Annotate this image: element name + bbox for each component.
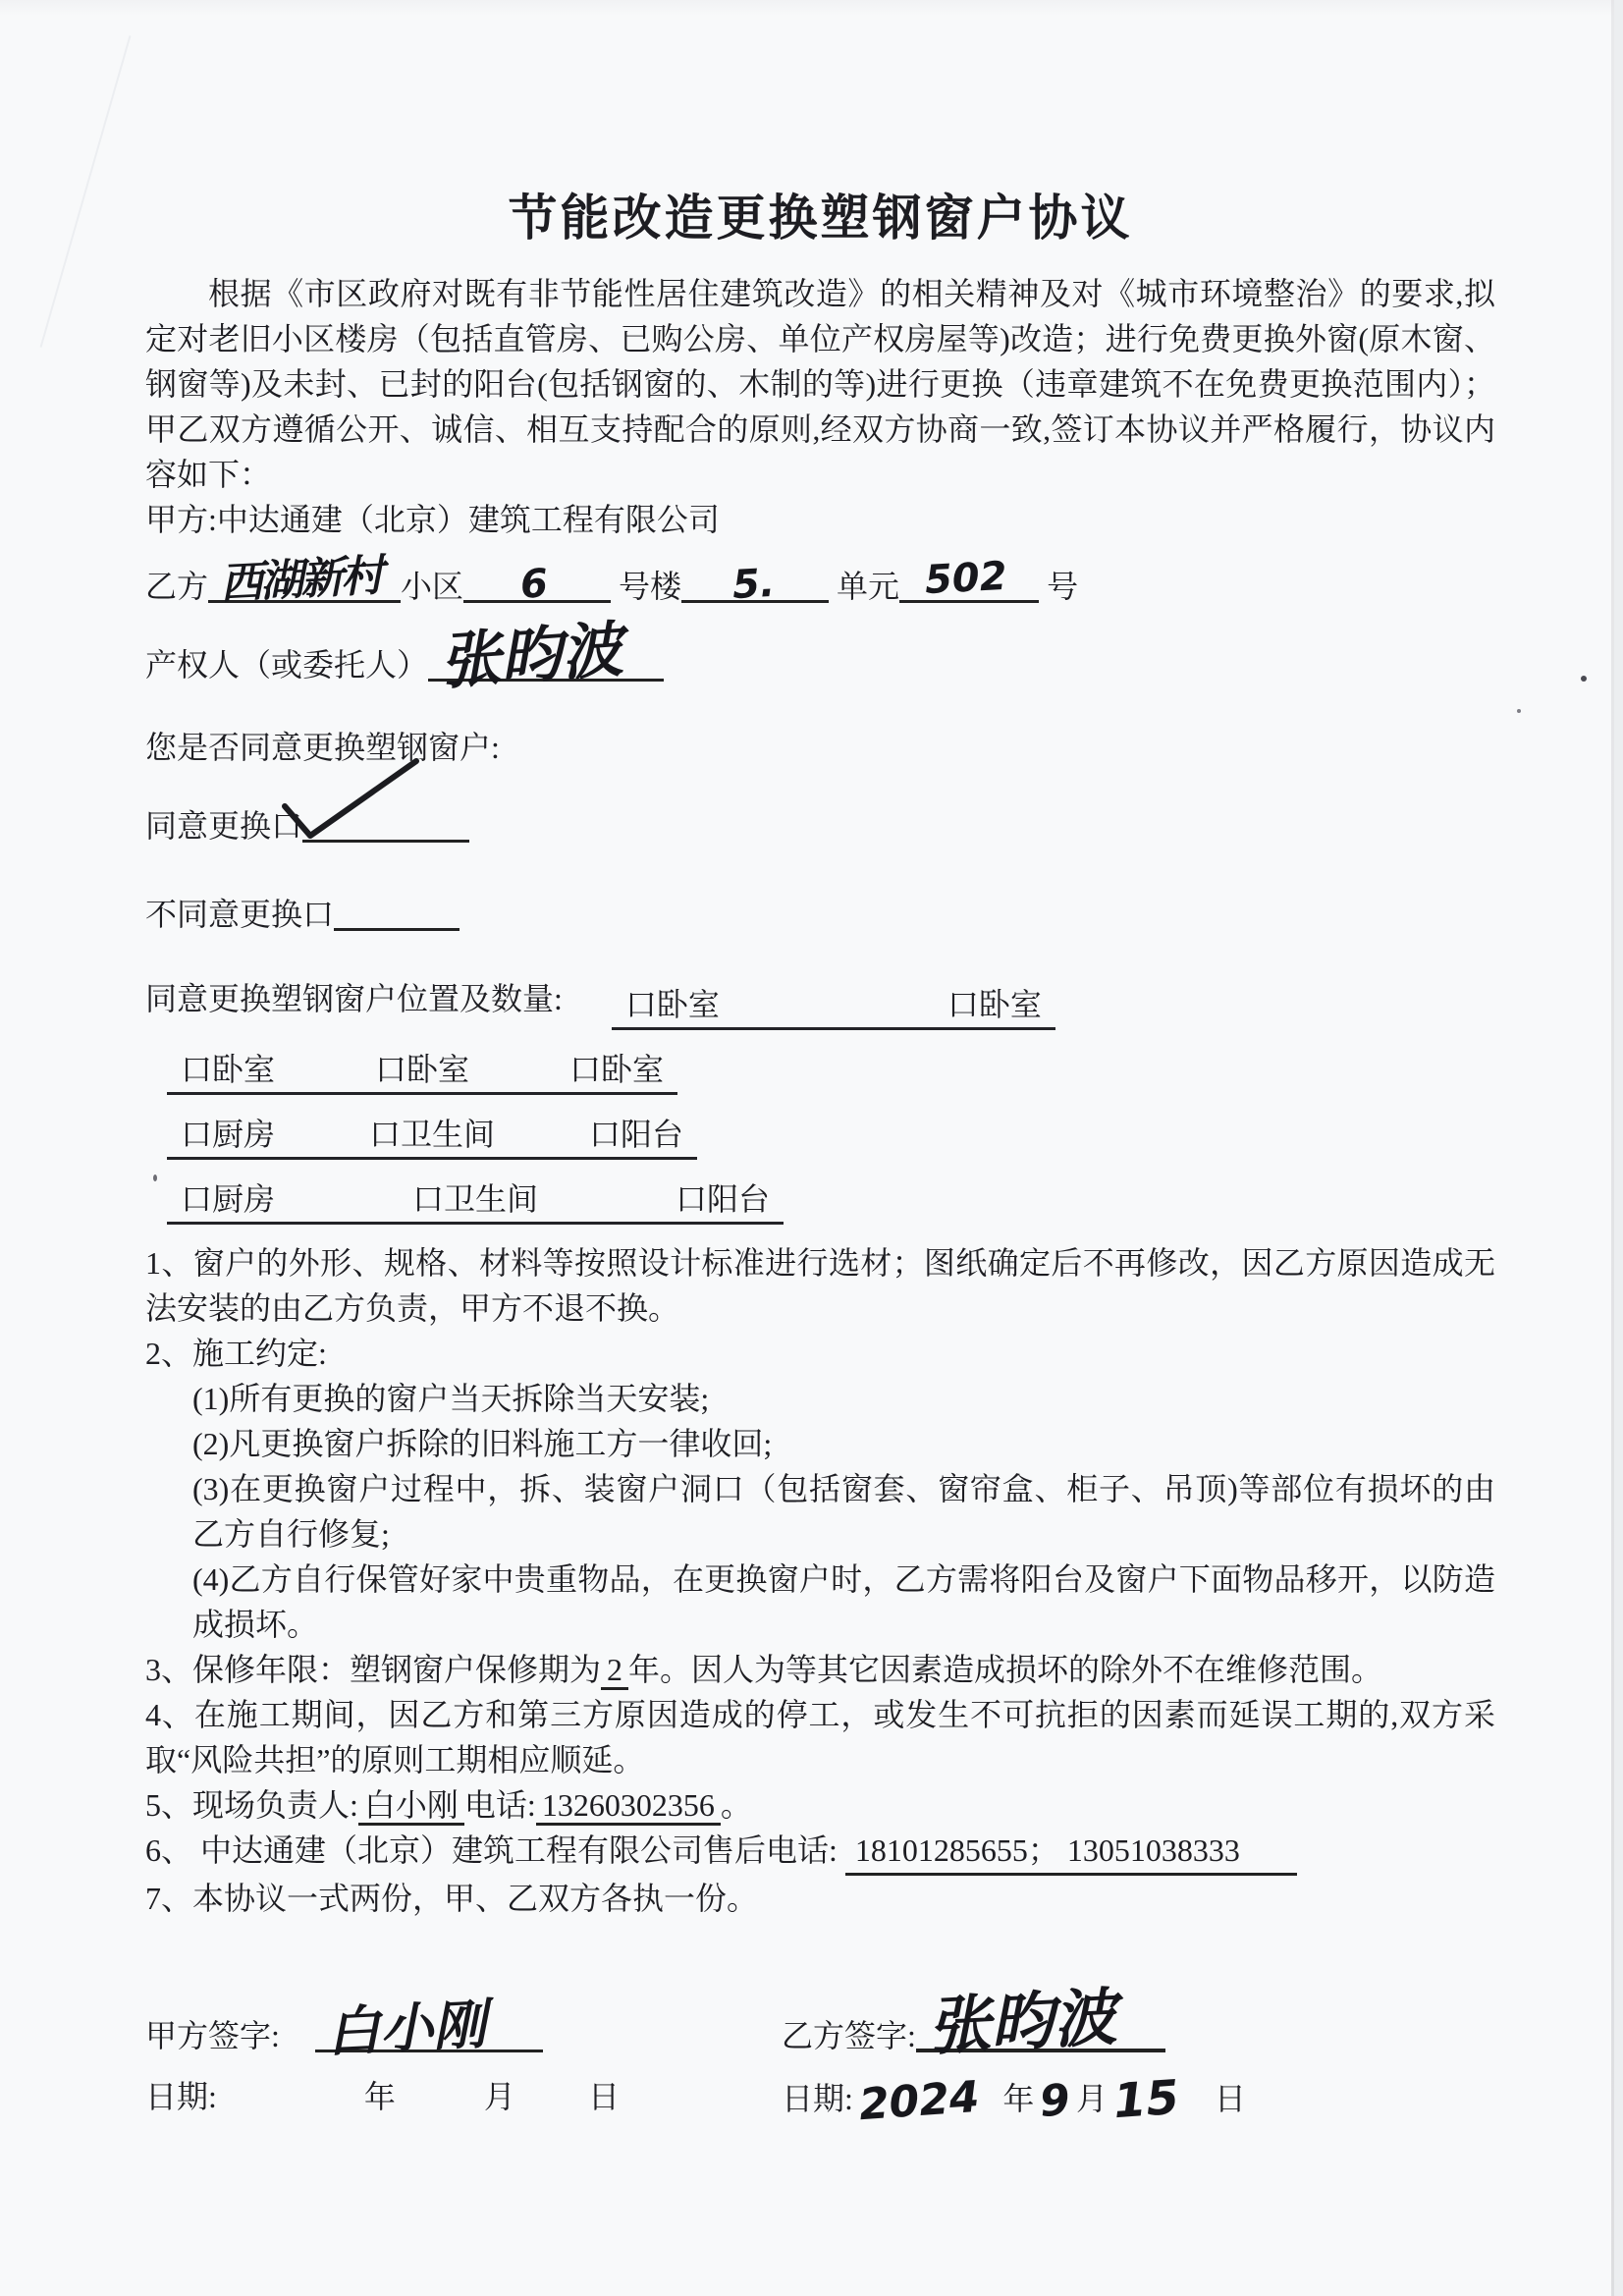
clause-subitem: (1)所有更换的窗户当天拆除当天安装; <box>145 1376 1495 1421</box>
party-a-signature-row: 甲方签字: 白小刚 <box>145 2011 782 2060</box>
warranty-post: 年。因人为等其它因素造成损坏的除外不在维修范围。 <box>628 1652 1382 1687</box>
checkmark-icon <box>277 755 424 844</box>
locations-row-blank: 口卧室 口卧室 口卧室 <box>167 1047 677 1095</box>
scanner-edge-strip <box>1614 0 1623 2296</box>
owner-handwriting: 张昀波 <box>438 620 624 693</box>
room-handwriting: 502 <box>924 557 1007 600</box>
checkbox-item: 口卧室 <box>375 1047 469 1092</box>
party-a-line: 甲方:中达通建（北京）建筑工程有限公司 <box>145 497 1495 542</box>
site-manager-mid: 电话: <box>464 1787 536 1823</box>
page-title: 节能改造更换塑钢窗户协议 <box>145 189 1495 247</box>
checkbox-item: 口阳台 <box>676 1176 770 1222</box>
community-blank: 西湖新村 <box>208 567 401 603</box>
day-label: 日 <box>1215 2081 1246 2116</box>
room-label: 号 <box>1047 569 1078 604</box>
party-b-signature-handwriting: 张昀波 <box>926 1987 1117 2059</box>
clause-subitem: (4)乙方自行保管好家中贵重物品，在更换窗户时，乙方需将阳台及窗户下面物品移开，… <box>145 1557 1495 1647</box>
locations-header-row: 同意更换塑钢窗户位置及数量: 口卧室 口卧室 <box>145 976 1495 1030</box>
party-a-signature-label: 甲方签字: <box>145 2018 280 2053</box>
checkbox-item: 口卫生间 <box>412 1176 538 1222</box>
paper-crease <box>40 35 132 348</box>
locations-header-blank: 口卧室 口卧室 <box>612 982 1055 1030</box>
checkbox-item: 口厨房 <box>181 1176 275 1222</box>
party-b-signature-column: 乙方签字:张昀波 日期:2024年9月15日 <box>782 2011 1495 2125</box>
aftersale-pre: 6、 中达通建（北京）建筑工程有限公司售后电话: <box>145 1832 838 1868</box>
locations-row: 口厨房 口卫生间 口阳台 <box>145 1171 1495 1225</box>
clauses-section: 1、窗户的外形、规格、材料等按照设计标准进行选材；图纸确定后不再修改，因乙方原因… <box>145 1240 1495 1921</box>
agree-line: 同意更换口 <box>145 803 1495 848</box>
party-a-signature-handwriting: 白小刚 <box>326 1998 488 2059</box>
party-a-date-row: 日期:年月日 <box>145 2070 782 2123</box>
month-label: 月 <box>484 2079 515 2114</box>
party-b-signature-blank: 张昀波 <box>916 2015 1165 2052</box>
checkbox-item: 口阳台 <box>589 1112 683 1157</box>
clause-subitem: (3)在更换窗户过程中，拆、装窗户洞口（包括窗套、窗帘盒、柜子、吊顶)等部位有损… <box>145 1466 1495 1557</box>
site-manager-post: 。 <box>721 1787 752 1823</box>
building-handwriting: 6 <box>519 564 549 604</box>
owner-line: 产权人（或委托人）张昀波 <box>145 642 1495 687</box>
year-label: 年 <box>364 2079 396 2114</box>
locations-row-blank: 口厨房 口卫生间 口阳台 <box>167 1112 697 1160</box>
clause-paragraph: 1、窗户的外形、规格、材料等按照设计标准进行选材；图纸确定后不再修改，因乙方原因… <box>145 1240 1495 1331</box>
agree-blank <box>302 806 469 843</box>
locations-row: 口厨房 口卫生间 口阳台 <box>145 1106 1495 1160</box>
ink-speck <box>1581 676 1587 682</box>
party-b-signature-row: 乙方签字:张昀波 <box>782 2011 1495 2060</box>
clause-paragraph: 6、 中达通建（北京）建筑工程有限公司售后电话: 18101285655； 13… <box>145 1828 1495 1876</box>
room-blank: 502 <box>899 567 1039 603</box>
owner-label: 产权人（或委托人） <box>145 647 428 683</box>
signature-section: 甲方签字: 白小刚 日期:年月日 乙方签字:张昀波 日期:2024年9月15日 <box>145 2011 1495 2125</box>
disagree-label: 不同意更换口 <box>145 897 334 932</box>
month-label: 月 <box>1076 2081 1108 2116</box>
party-b-date-row: 日期:2024年9月15日 <box>782 2070 1495 2125</box>
disagree-blank <box>334 895 460 931</box>
unit-label: 单元 <box>837 569 899 604</box>
unit-handwriting: 5. <box>731 564 776 605</box>
locations-label: 同意更换塑钢窗户位置及数量: <box>145 981 563 1016</box>
party-b-line: 乙方西湖新村小区6 号楼5. 单元502 号 <box>145 558 1495 615</box>
unit-blank: 5. <box>681 567 829 603</box>
checkbox-item: 口厨房 <box>181 1112 275 1157</box>
building-label: 号楼 <box>619 569 681 604</box>
scanned-agreement-page: 节能改造更换塑钢窗户协议 根据《市区政府对既有非节能性居住建筑改造》的相关精神及… <box>0 0 1623 2296</box>
party-b-signature-label: 乙方签字: <box>782 2018 916 2053</box>
locations-row: 口卧室 口卧室 口卧室 <box>145 1041 1495 1095</box>
community-label: 小区 <box>401 569 463 604</box>
locations-row-blank: 口厨房 口卫生间 口阳台 <box>167 1176 784 1225</box>
clause-paragraph: 3、保修年限：塑钢窗户保修期为2年。因人为等其它因素造成损坏的除外不在维修范围。 <box>145 1647 1495 1692</box>
checkbox-item: 口卫生间 <box>369 1112 495 1157</box>
ink-speck <box>1517 709 1521 713</box>
checkbox-item: 口卧室 <box>181 1047 275 1092</box>
disagree-line: 不同意更换口 <box>145 892 1495 937</box>
year-label: 年 <box>1002 2081 1034 2116</box>
clause-paragraph: 4、在施工期间，因乙方和第三方原因造成的停工，或发生不可抗拒的因素而延误工期的,… <box>145 1692 1495 1782</box>
clause-paragraph: 7、本协议一式两份，甲、乙双方各执一份。 <box>145 1876 1495 1921</box>
intro-paragraph: 根据《市区政府对既有非节能性居住建筑改造》的相关精神及对《城市环境整治》的要求,… <box>145 271 1495 497</box>
clause-subitem: (2)凡更换窗户拆除的旧料施工方一律收回; <box>145 1421 1495 1466</box>
day-handwriting: 15 <box>1111 2074 1180 2126</box>
community-handwriting: 西湖新村 <box>219 555 382 607</box>
date-label: 日期: <box>145 2079 217 2114</box>
warranty-pre: 3、保修年限：塑钢窗户保修期为 <box>145 1652 601 1687</box>
date-label: 日期: <box>782 2081 853 2116</box>
site-manager-pre: 5、现场负责人: <box>145 1787 358 1823</box>
year-handwriting: 2024 <box>858 2076 981 2127</box>
checkbox-item: 口卧室 <box>569 1047 664 1092</box>
party-a-signature-blank: 白小刚 <box>315 2016 543 2052</box>
party-b-prefix: 乙方 <box>145 569 208 604</box>
owner-blank: 张昀波 <box>428 645 664 682</box>
clause-paragraph: 2、施工约定: <box>145 1331 1495 1376</box>
month-handwriting: 9 <box>1039 2079 1072 2124</box>
party-a-signature-column: 甲方签字: 白小刚 日期:年月日 <box>145 2011 782 2125</box>
clause-paragraph: 5、现场负责人:白小刚电话:13260302356。 <box>145 1782 1495 1828</box>
building-blank: 6 <box>463 567 611 603</box>
scanned-document-screenshot: { "page": { "title": "节能改造更换塑钢窗户协议", "in… <box>0 0 1623 2296</box>
checkbox-item: 口卧室 <box>625 982 720 1027</box>
site-manager-name: 白小刚 <box>358 1787 464 1826</box>
ink-speck <box>153 1175 157 1181</box>
checkbox-item: 口卧室 <box>947 982 1042 1027</box>
aftersale-phones: 18101285655； 13051038333 <box>845 1828 1297 1876</box>
warranty-years-value: 2 <box>601 1652 628 1690</box>
site-manager-phone: 13260302356 <box>536 1787 721 1826</box>
day-label: 日 <box>588 2079 620 2114</box>
